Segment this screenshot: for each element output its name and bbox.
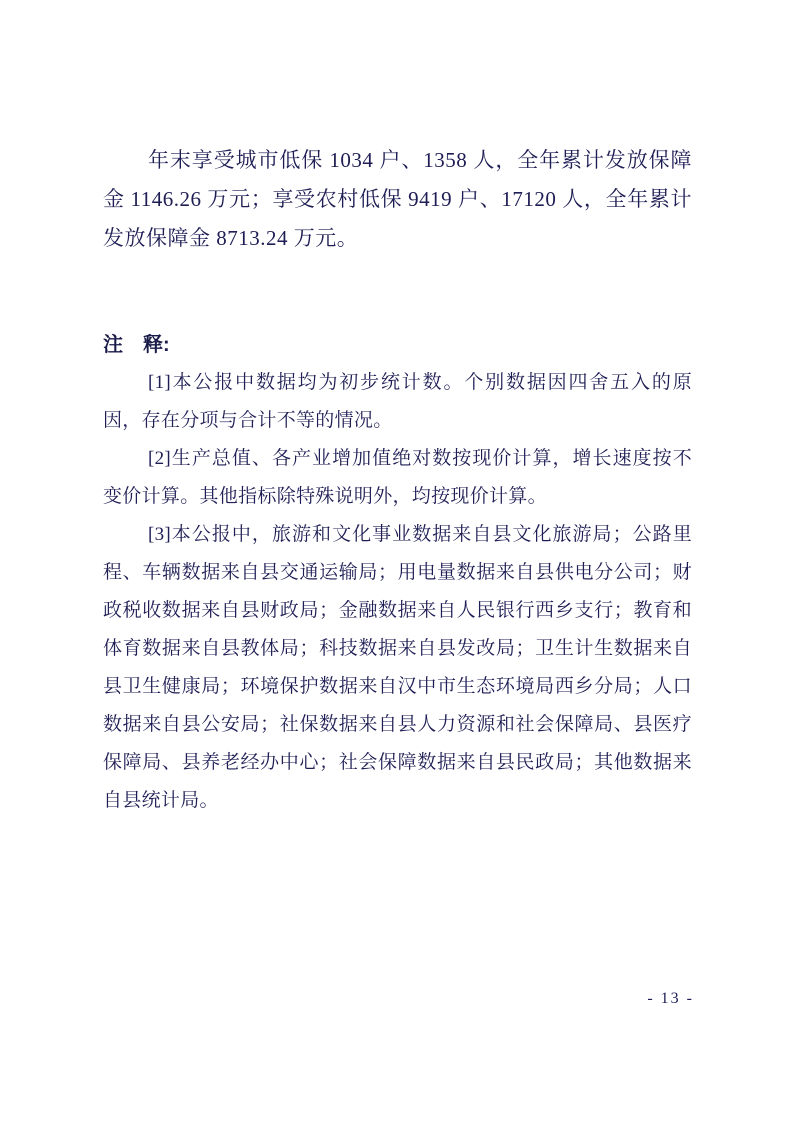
note-1: [1]本公报中数据均为初步统计数。个别数据因四舍五入的原因，存在分项与合计不等的… <box>103 364 692 440</box>
page-number: - 13 - <box>647 990 694 1008</box>
note-2: [2]生产总值、各产业增加值绝对数按现价计算，增长速度按不变价计算。其他指标除特… <box>103 440 692 516</box>
note-3: [3]本公报中，旅游和文化事业数据来自县文化旅游局；公路里程、车辆数据来自县交通… <box>103 516 692 820</box>
document-page: 年末享受城市低保 1034 户、1358 人，全年累计发放保障金 1146.26… <box>0 0 793 1122</box>
notes-heading: 注 释: <box>103 326 692 364</box>
paragraph-social-welfare: 年末享受城市低保 1034 户、1358 人，全年累计发放保障金 1146.26… <box>103 141 692 258</box>
